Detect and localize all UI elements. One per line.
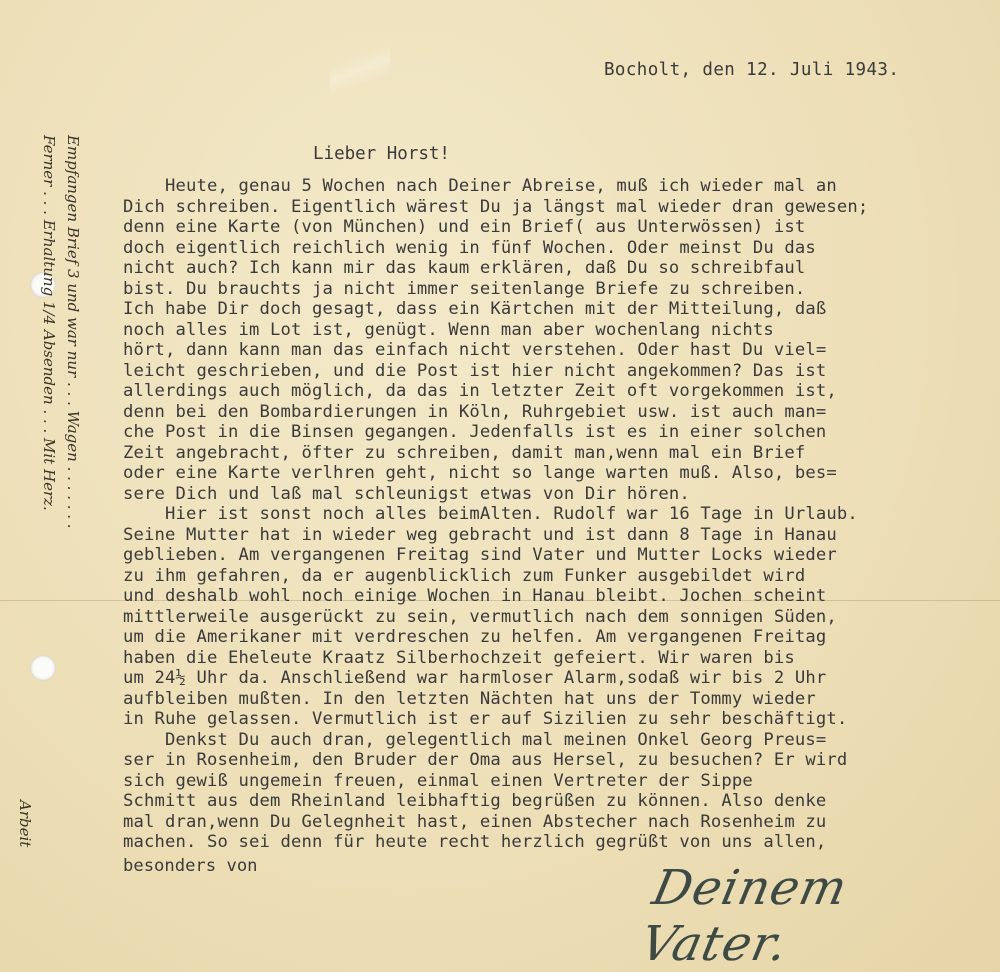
- letter-page: Bocholt, den 12. Juli 1943. Lieber Horst…: [0, 0, 1000, 972]
- body-line: zu ihm gefahren, da er augenblicklich zu…: [123, 566, 993, 587]
- body-line: Seine Mutter hat in wieder weg gebracht …: [123, 525, 993, 546]
- paper-crease: [330, 0, 390, 140]
- body-line: denn eine Karte (von München) und ein Br…: [123, 217, 993, 238]
- body-line: nicht auch? Ich kann mir das kaum erklär…: [123, 258, 993, 279]
- body-line: um die Amerikaner mit verdreschen zu hel…: [123, 627, 993, 648]
- body-line: und deshalb wohl noch einige Wochen in H…: [123, 586, 993, 607]
- body-line: leicht geschrieben, und die Post ist hie…: [123, 361, 993, 382]
- body-line: bist. Du brauchts ja nicht immer seitenl…: [123, 279, 993, 300]
- body-line: ser in Rosenheim, den Bruder der Oma aus…: [123, 750, 993, 771]
- place-date: Bocholt, den 12. Juli 1943.: [604, 60, 899, 80]
- body-line: hört, dann kann man das einfach nicht ve…: [123, 340, 993, 361]
- closing: besonders von: [123, 856, 258, 876]
- body-line: allerdings auch möglich, da das in letzt…: [123, 381, 993, 402]
- punch-hole-bottom: [30, 655, 56, 681]
- body-line: noch alles im Lot ist, genügt. Wenn man …: [123, 320, 993, 341]
- letter-body: Heute, genau 5 Wochen nach Deiner Abreis…: [123, 176, 993, 853]
- body-line: Hier ist sonst noch alles beimAlten. Rud…: [123, 504, 993, 525]
- body-line: Dich schreiben. Eigentlich wärest Du ja …: [123, 197, 993, 218]
- body-line: doch eigentlich reichlich wenig in fünf …: [123, 238, 993, 259]
- body-line: Zeit angebracht, öfter zu schreiben, dam…: [123, 443, 993, 464]
- body-line: Heute, genau 5 Wochen nach Deiner Abreis…: [123, 176, 993, 197]
- body-line: machen. So sei denn für heute recht herz…: [123, 832, 993, 853]
- margin-note-2: Ferner . . . Erhaltung 1/4 Absenden . . …: [40, 135, 58, 511]
- salutation: Lieber Horst!: [313, 144, 450, 164]
- body-line: oder eine Karte verlhren geht, nicht so …: [123, 463, 993, 484]
- body-line: Denkst Du auch dran, gelegentlich mal me…: [123, 730, 993, 751]
- body-line: Ich habe Dir doch gesagt, dass ein Kärtc…: [123, 299, 993, 320]
- body-line: Schmitt aus dem Rheinland leibhaftig beg…: [123, 791, 993, 812]
- margin-note-1: Empfangen Brief 3 und war nur . . . Wage…: [64, 135, 82, 529]
- body-line: che Post in die Binsen gegangen. Jedenfa…: [123, 422, 993, 443]
- body-line: sere Dich und laß mal schleunigst etwas …: [123, 484, 993, 505]
- body-line: in Ruhe gelassen. Vermutlich ist er auf …: [123, 709, 993, 730]
- body-line: aufbleiben mußten. In den letzten Nächte…: [123, 689, 993, 710]
- margin-note-3: Arbeit: [16, 800, 34, 847]
- body-line: geblieben. Am vergangenen Freitag sind V…: [123, 545, 993, 566]
- body-line: sich gewiß ungemein freuen, einmal einen…: [123, 771, 993, 792]
- body-line: denn bei den Bombardierungen in Köln, Ru…: [123, 402, 993, 423]
- body-line: haben die Eheleute Kraatz Silberhochzeit…: [123, 648, 993, 669]
- body-line: mal dran,wenn Du Gelegnheit hast, einen …: [123, 812, 993, 833]
- body-line: mittlerweile ausgerückt zu sein, vermutl…: [123, 607, 993, 628]
- body-line: um 24½ Uhr da. Anschließend war harmlose…: [123, 668, 993, 689]
- signature: Deinem Vater.: [640, 860, 979, 950]
